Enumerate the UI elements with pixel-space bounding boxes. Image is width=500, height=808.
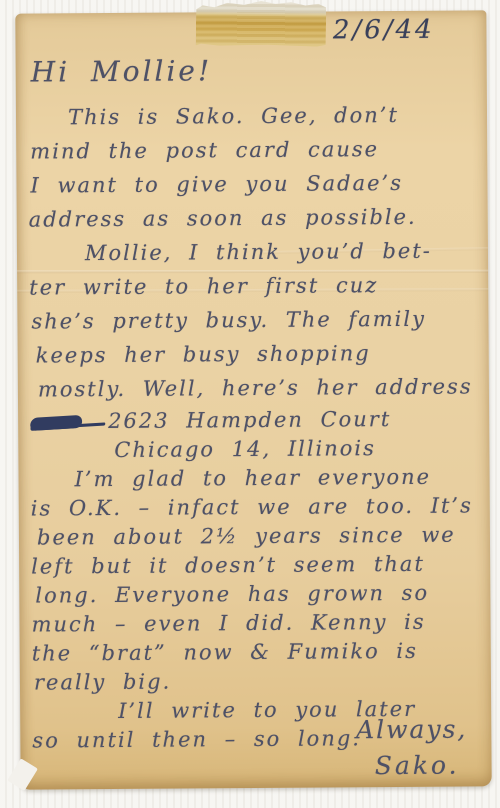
letter-closing: Always, — [356, 715, 467, 745]
address-street: 2623 Hampden Court — [108, 407, 391, 433]
letter-line-17: much – even I did. Kenny is — [31, 607, 486, 639]
torn-corner — [7, 758, 38, 791]
letter-paragraphs-top: This is Sako. Gee, don’t mind the post c… — [28, 98, 485, 407]
letter-line-3: I want to give you Sadae’s — [28, 166, 483, 203]
letter-line-2: mind the post card cause — [28, 132, 483, 169]
letter-line-14: been about 2½ years since we — [31, 520, 486, 552]
letter-line-18: the “brat” now & Fumiko is — [32, 636, 487, 668]
letter-date: 12/6/44 — [313, 15, 434, 46]
letter-line-16: long. Everyone has grown so — [31, 578, 486, 610]
letter-signature: Sako. — [375, 751, 460, 781]
letter-greeting: Hi Mollie! — [31, 54, 213, 88]
letter-line-13: is O.K. – infact we are too. It’s — [31, 491, 486, 523]
letter-line-10: 2623 Hampden Court — [30, 404, 485, 436]
letter-line-15: left but it doesn’t seem that — [31, 549, 486, 581]
scan-background: 12/6/44 Hi Mollie! This is Sako. Gee, do… — [0, 0, 500, 808]
letter-line-5: Mollie, I think you’d bet- — [29, 234, 484, 271]
postcard: 12/6/44 Hi Mollie! This is Sako. Gee, do… — [15, 10, 491, 789]
letter-line-4: address as soon as possible. — [29, 200, 484, 237]
letter-line-11: Chicago 14, Illinois — [30, 433, 485, 465]
tape-strip — [196, 0, 326, 46]
letter-line-1: This is Sako. Gee, don’t — [28, 98, 483, 135]
letter-line-9: mostly. Well, here’s her address — [30, 370, 485, 407]
letter-line-19: really big. — [32, 665, 487, 697]
letter-line-6: ter write to her first cuz — [29, 268, 484, 305]
letter-line-12: I’m glad to hear everyone — [30, 462, 485, 494]
letter-line-8: keeps her busy shopping — [30, 336, 485, 373]
letter-line-7: she’s pretty busy. The family — [29, 302, 484, 339]
scribbled-out-word — [30, 415, 83, 431]
letter-paragraphs-bottom: 2623 Hampden Court Chicago 14, Illinois … — [30, 404, 487, 755]
